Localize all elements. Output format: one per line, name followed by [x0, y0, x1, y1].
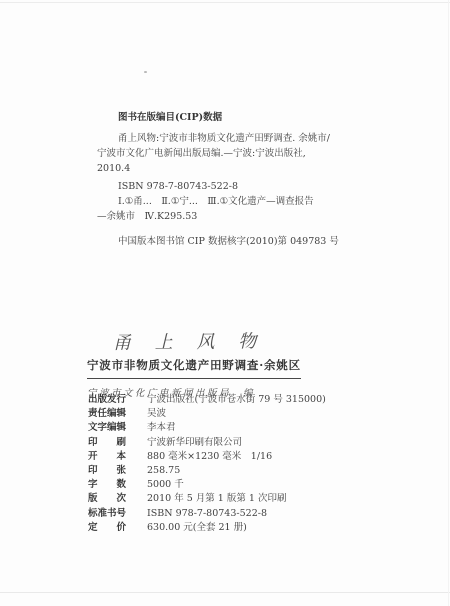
colophon-value: 5000 千 [147, 478, 184, 492]
colophon-label: 责任编辑 [88, 407, 127, 421]
colophon-label: 定 价 [88, 521, 127, 535]
colophon-table: 出版发行 宁波出版社(宁波市苍水街 79 号 315000) 责任编辑 吴波 文… [88, 393, 326, 535]
colophon-row: 开 本 880 毫米×1230 毫米 1/16 [88, 450, 326, 464]
cip-title-line-2: 宁波市文化广电新闻出版局编.—宁波:宁波出版社, [97, 146, 377, 161]
colophon-label: 版 次 [88, 492, 127, 506]
colophon-value: 宁波出版社(宁波市苍水街 79 号 315000) [147, 393, 326, 407]
colophon-value: 258.75 [147, 464, 180, 478]
colophon-row: 文字编辑 李本君 [88, 421, 326, 435]
colophon-label: 开 本 [88, 450, 127, 464]
colophon-row: 字 数 5000 千 [88, 478, 326, 492]
cip-heading: 图书在版编目(CIP)数据 [97, 110, 377, 125]
book-title-calligraphy: 甬 上 风 物 [87, 327, 301, 353]
cip-data-block: 图书在版编目(CIP)数据 甬上风物:宁波市非物质文化遗产田野调查. 余姚市/ … [97, 110, 377, 249]
scan-edge-top [0, 2, 450, 3]
colophon-value: 李本君 [147, 421, 176, 435]
book-copyright-page: 图书在版编目(CIP)数据 甬上风物:宁波市非物质文化遗产田野调查. 余姚市/ … [0, 0, 450, 606]
colophon-label: 印 张 [88, 464, 127, 478]
colophon-row: 标准书号 ISBN 978-7-80743-522-8 [88, 507, 326, 521]
scan-edge-bottom [0, 592, 450, 593]
cip-classification-line-1: Ⅰ.①甬... Ⅱ.①宁... Ⅲ.①文化遗产—调查报告 [97, 194, 377, 209]
cip-title-line-1: 甬上风物:宁波市非物质文化遗产田野调查. 余姚市/ [97, 131, 377, 146]
colophon-label: 印 刷 [88, 436, 127, 450]
colophon-value: 630.00 元(全套 21 册) [147, 521, 247, 535]
colophon-row: 定 价 630.00 元(全套 21 册) [88, 521, 326, 535]
colophon-row: 印 张 258.75 [88, 464, 326, 478]
colophon-value: 宁波新华印刷有限公司 [147, 436, 242, 450]
colophon-label: 标准书号 [88, 507, 127, 521]
title-block: 甬 上 风 物 宁波市非物质文化遗产田野调查·余姚区 宁波市文化广电新闻出版局 … [87, 329, 301, 399]
colophon-row: 印 刷 宁波新华印刷有限公司 [88, 436, 326, 450]
colophon-row: 版 次 2010 年 5 月第 1 版第 1 次印刷 [88, 492, 326, 506]
cip-record-number-line: 中国版本图书馆 CIP 数据核字(2010)第 049783 号 [97, 234, 377, 249]
colophon-value: 880 毫米×1230 毫米 1/16 [147, 450, 272, 464]
cip-title-line-3: 2010.4 [97, 161, 377, 176]
colophon-label: 文字编辑 [88, 421, 127, 435]
colophon-row: 出版发行 宁波出版社(宁波市苍水街 79 号 315000) [88, 393, 326, 407]
scan-edge-right [448, 0, 449, 606]
colophon-value: 2010 年 5 月第 1 版第 1 次印刷 [147, 492, 286, 506]
scan-speck [144, 71, 147, 73]
colophon-row: 责任编辑 吴波 [88, 407, 326, 421]
book-subtitle: 宁波市非物质文化遗产田野调查·余姚区 [87, 357, 301, 379]
colophon-label: 字 数 [88, 478, 127, 492]
colophon-value: 吴波 [147, 407, 166, 421]
cip-classification-line-2: —余姚市 Ⅳ.K295.53 [97, 209, 377, 224]
colophon-value: ISBN 978-7-80743-522-8 [147, 507, 267, 521]
cip-isbn-line: ISBN 978-7-80743-522-8 [97, 179, 377, 194]
colophon-label: 出版发行 [88, 393, 127, 407]
